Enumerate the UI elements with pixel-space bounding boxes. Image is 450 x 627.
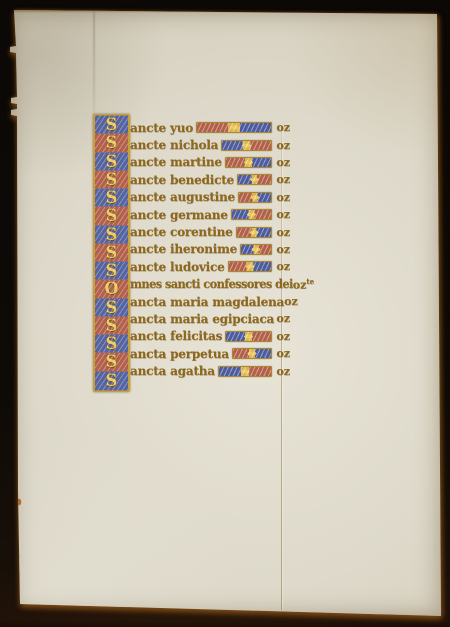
litany-line: ancta perpetua oz bbox=[130, 345, 290, 362]
leaf-shadow-wrap: S S S S S S S S S O S S S S S ancte yuo bbox=[0, 0, 450, 627]
litany-line: ancte ludovice oz bbox=[130, 258, 290, 275]
line-filler-ornament bbox=[221, 140, 272, 151]
ora-abbreviation: oz bbox=[276, 173, 290, 186]
illuminated-initial-strip: S S S S S S S S S O S S S S S bbox=[93, 114, 130, 392]
litany-line-text: ancta agatha bbox=[130, 364, 215, 379]
litany-text-block: ancte yuo oz ancte nichola oz ancte mart… bbox=[130, 119, 290, 380]
line-filler-ornament bbox=[218, 366, 273, 377]
ora-abbreviation: oz bbox=[276, 191, 290, 204]
sewing-thread-speck-blue bbox=[15, 553, 19, 560]
litany-line: mnes sancti confessores dei ozte bbox=[130, 276, 290, 293]
illuminated-initial: S bbox=[95, 189, 128, 208]
illuminated-initial: S bbox=[95, 316, 128, 335]
litany-line-text: ancta maria magdalena bbox=[130, 294, 284, 309]
parchment-leaf: S S S S S S S S S O S S S S S ancte yuo bbox=[9, 10, 442, 617]
litany-line-text: ancte corentine bbox=[130, 225, 233, 240]
litany-line: ancte germane oz bbox=[130, 206, 290, 223]
ora-abbreviation: oz bbox=[276, 243, 290, 256]
litany-line: ancte corentine oz bbox=[130, 223, 290, 240]
litany-line: ancte martine oz bbox=[130, 154, 290, 171]
illuminated-initial: S bbox=[95, 371, 128, 390]
litany-line-text: ancte martine bbox=[130, 155, 222, 170]
ora-abbreviation: oz bbox=[284, 295, 298, 308]
illuminated-initial: S bbox=[95, 335, 128, 354]
litany-line-text: ancte yuo bbox=[130, 120, 193, 135]
litany-line-text: ancte iheronime bbox=[130, 242, 237, 257]
litany-line-text: ancte germane bbox=[130, 207, 228, 222]
litany-line-text: ancte nichola bbox=[130, 138, 218, 153]
line-filler-ornament bbox=[196, 122, 272, 133]
ora-abbreviation: oz bbox=[276, 156, 290, 169]
illuminated-initial: S bbox=[95, 243, 128, 262]
illuminated-initial: S bbox=[95, 262, 128, 281]
litany-line: ancte nichola oz bbox=[130, 136, 290, 153]
ora-abbreviation: oz bbox=[276, 347, 290, 360]
ora-abbreviation: oz bbox=[276, 121, 290, 134]
illuminated-initial: S bbox=[95, 353, 128, 372]
line-filler-ornament bbox=[228, 261, 273, 272]
litany-line-text: ancta perpetua bbox=[130, 346, 229, 361]
illuminated-initial: S bbox=[95, 152, 128, 171]
parchment-crease-top bbox=[93, 10, 95, 116]
illuminated-initial: S bbox=[95, 116, 128, 135]
litany-line: ancte yuo oz bbox=[130, 119, 290, 136]
sewing-thread-speck-orange bbox=[17, 499, 21, 505]
litany-line-text: ancte benedicte bbox=[130, 173, 234, 188]
litany-line: ancta maria egipciaca oz bbox=[130, 310, 290, 327]
illuminated-initial: S bbox=[95, 134, 128, 153]
ora-abbreviation: oz bbox=[276, 312, 290, 325]
ora-abbreviation: oz bbox=[276, 208, 290, 221]
litany-line-text: ancte ludovice bbox=[130, 260, 225, 275]
litany-line-text: ancta maria egipciaca bbox=[130, 312, 274, 327]
line-filler-ornament bbox=[236, 227, 273, 238]
litany-line-text: ancta felicitas bbox=[130, 329, 222, 344]
ora-abbreviation: oz bbox=[276, 365, 290, 378]
litany-line: ancta agatha oz bbox=[130, 362, 290, 379]
litany-line: ancte benedicte oz bbox=[130, 171, 290, 188]
line-filler-ornament bbox=[237, 174, 272, 185]
ora-abbreviation: oz bbox=[276, 226, 290, 239]
ora-abbreviation: oz bbox=[276, 139, 290, 152]
litany-line: ancta maria magdalena oz bbox=[130, 293, 290, 310]
line-filler-ornament bbox=[238, 192, 272, 203]
litany-line-text: mnes sancti confessores dei bbox=[130, 277, 293, 292]
ora-abbreviation: oz bbox=[276, 260, 290, 273]
litany-line-text: ancte augustine bbox=[130, 190, 235, 205]
manuscript-photo-background: S S S S S S S S S O S S S S S ancte yuo bbox=[0, 0, 450, 627]
line-filler-ornament bbox=[225, 331, 272, 342]
illuminated-initial: S bbox=[95, 207, 128, 226]
line-filler-ornament bbox=[231, 209, 273, 220]
illuminated-initial: S bbox=[95, 225, 128, 244]
litany-line: ancte augustine oz bbox=[130, 189, 290, 206]
litany-line: ancta felicitas oz bbox=[130, 328, 290, 345]
ora-abbreviation: ozte bbox=[293, 277, 314, 292]
litany-line: ancte iheronime oz bbox=[130, 241, 290, 258]
illuminated-initial: S bbox=[95, 298, 128, 317]
illuminated-initial: O bbox=[95, 280, 128, 299]
line-filler-ornament bbox=[225, 157, 273, 168]
illuminated-initial: S bbox=[95, 170, 128, 189]
abbreviation-superscript: te bbox=[306, 277, 314, 286]
line-filler-ornament bbox=[232, 348, 272, 359]
ora-abbreviation: oz bbox=[276, 330, 290, 343]
line-filler-ornament bbox=[240, 244, 272, 255]
